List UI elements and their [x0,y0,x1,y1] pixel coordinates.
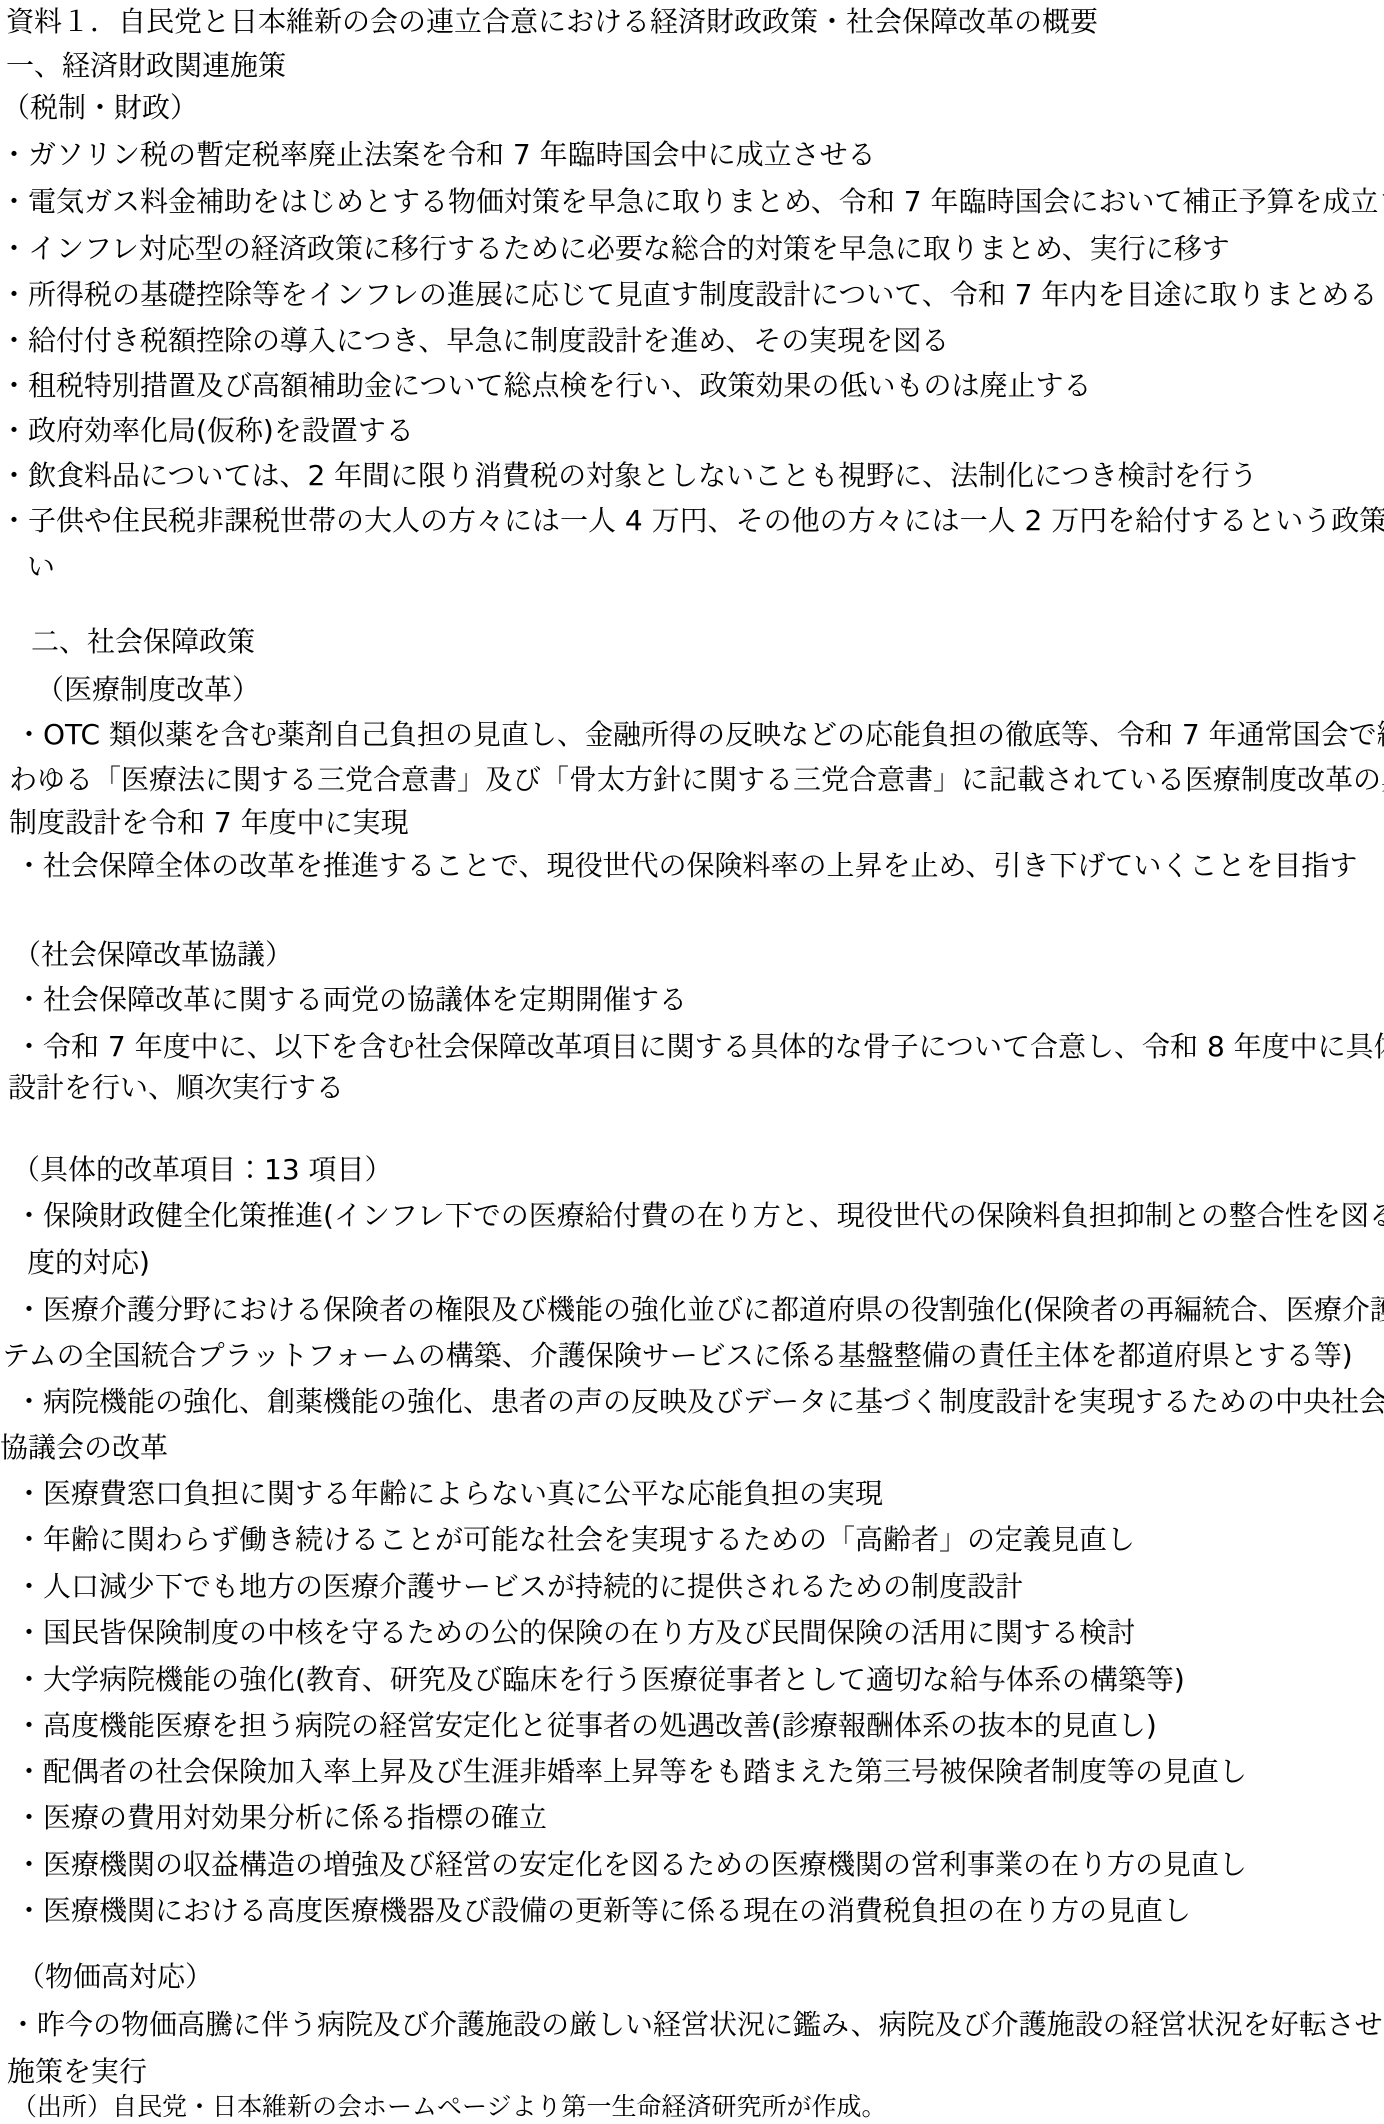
continuation-line: 制度設計を令和 7 年度中に実現 [9,807,409,839]
bullet-line: ・社会保障全体の改革を推進することで、現役世代の保険料率の上昇を止め、引き下げて… [15,850,1357,882]
bullet-line: ・インフレ対応型の経済政策に移行するために必要な総合的対策を早急に取りまとめ、実… [0,233,1230,265]
subsection-label: （物価高対応） [17,1961,213,1993]
subsection-label: （具体的改革項目：13 項目） [12,1154,393,1186]
bullet-line: ・高度機能医療を担う病院の経営安定化と従事者の処遇改善(診療報酬体系の抜本的見直… [15,1710,1157,1742]
bullet-line: ・医療機関における高度医療機器及び設備の更新等に係る現在の消費税負担の在り方の見… [15,1895,1191,1927]
document-page: 資料１．自民党と日本維新の会の連立合意における経済財政政策・社会保障改革の概要一… [0,0,1384,2124]
bullet-line: ・社会保障改革に関する両党の協議体を定期開催する [15,984,687,1016]
bullet-line: ・ガソリン税の暫定税率廃止法案を令和 7 年臨時国会中に成立させる [0,139,876,171]
page-title: 資料１．自民党と日本維新の会の連立合意における経済財政政策・社会保障改革の概要 [6,6,1098,38]
subsection-label: （社会保障改革協議） [13,939,293,971]
subsection-label: （税制・財政） [2,92,198,124]
bullet-line: ・昨今の物価高騰に伴う病院及び介護施設の厳しい経営状況に鑑み、病院及び介護施設の… [9,2009,1384,2041]
bullet-line: ・令和 7 年度中に、以下を含む社会保障改革項目に関する具体的な骨子について合意… [15,1031,1384,1063]
bullet-line: ・租税特別措置及び高額補助金について総点検を行い、政策効果の低いものは廃止する [0,370,1091,402]
continuation-line: 設計を行い、順次実行する [8,1072,344,1104]
bullet-line: ・年齢に関わらず働き続けることが可能な社会を実現するための「高齢者」の定義見直し [15,1524,1135,1556]
bullet-line: ・大学病院機能の強化(教育、研究及び臨床を行う医療従事者として適切な給与体系の構… [15,1664,1185,1696]
subsection-label: （医療制度改革） [36,674,260,706]
bullet-line: ・OTC 類似薬を含む薬剤自己負担の見直し、金融所得の反映などの応能負担の徹底等… [15,719,1384,751]
bullet-line: ・医療の費用対効果分析に係る指標の確立 [15,1802,547,1834]
bullet-line: ・医療機関の収益構造の増強及び経営の安定化を図るための医療機関の営利事業の在り方… [15,1849,1247,1881]
bullet-line: ・人口減少下でも地方の医療介護サービスが持続的に提供されるための制度設計 [15,1571,1023,1603]
continuation-line: わゆる「医療法に関する三党合意書」及び「骨太方針に関する三党合意書」に記載されて… [9,764,1384,796]
bullet-line: ・政府効率化局(仮称)を設置する [0,415,414,447]
bullet-line: ・医療費窓口負担に関する年齢によらない真に公平な応能負担の実現 [15,1478,883,1510]
section-heading-2: 二、社会保障政策 [31,626,255,658]
continuation-line: 協議会の改革 [0,1432,168,1464]
continuation-line: テムの全国統合プラットフォームの構築、介護保険サービスに係る基盤整備の責任主体を… [2,1340,1353,1372]
bullet-line: ・子供や住民税非課税世帯の大人の方々には一人 4 万円、その他の方々には一人 2… [0,505,1384,537]
bullet-line: ・保険財政健全化策推進(インフレ下での医療給付費の在り方と、現役世代の保険料負担… [15,1200,1384,1232]
continuation-line: い [27,551,55,583]
bullet-line: ・所得税の基礎控除等をインフレの進展に応じて見直す制度設計について、令和 7 年… [0,279,1377,311]
bullet-line: ・配偶者の社会保険加入率上昇及び生涯非婚率上昇等をも踏まえた第三号被保険者制度等… [15,1756,1247,1788]
continuation-line: 度的対応) [27,1247,150,1279]
bullet-line: ・病院機能の強化、創薬機能の強化、患者の声の反映及びデータに基づく制度設計を実現… [15,1386,1384,1418]
continuation-line: 施策を実行 [7,2056,147,2088]
bullet-line: ・国民皆保険制度の中核を守るための公的保険の在り方及び民間保険の活用に関する検討 [15,1617,1135,1649]
section-heading-1: 一、経済財政関連施策 [6,50,286,82]
bullet-line: ・電気ガス料金補助をはじめとする物価対策を早急に取りまとめ、令和 7 年臨時国会… [0,186,1384,218]
bullet-line: ・給付付き税額控除の導入につき、早急に制度設計を進め、その実現を図る [0,325,949,357]
source-line: （出所）自民党・日本維新の会ホームページより第一生命経済研究所が作成。 [12,2092,887,2122]
bullet-line: ・医療介護分野における保険者の権限及び機能の強化並びに都道府県の役割強化(保険者… [15,1294,1384,1326]
bullet-line: ・飲食料品については、2 年間に限り消費税の対象としないことも視野に、法制化につ… [0,460,1258,492]
